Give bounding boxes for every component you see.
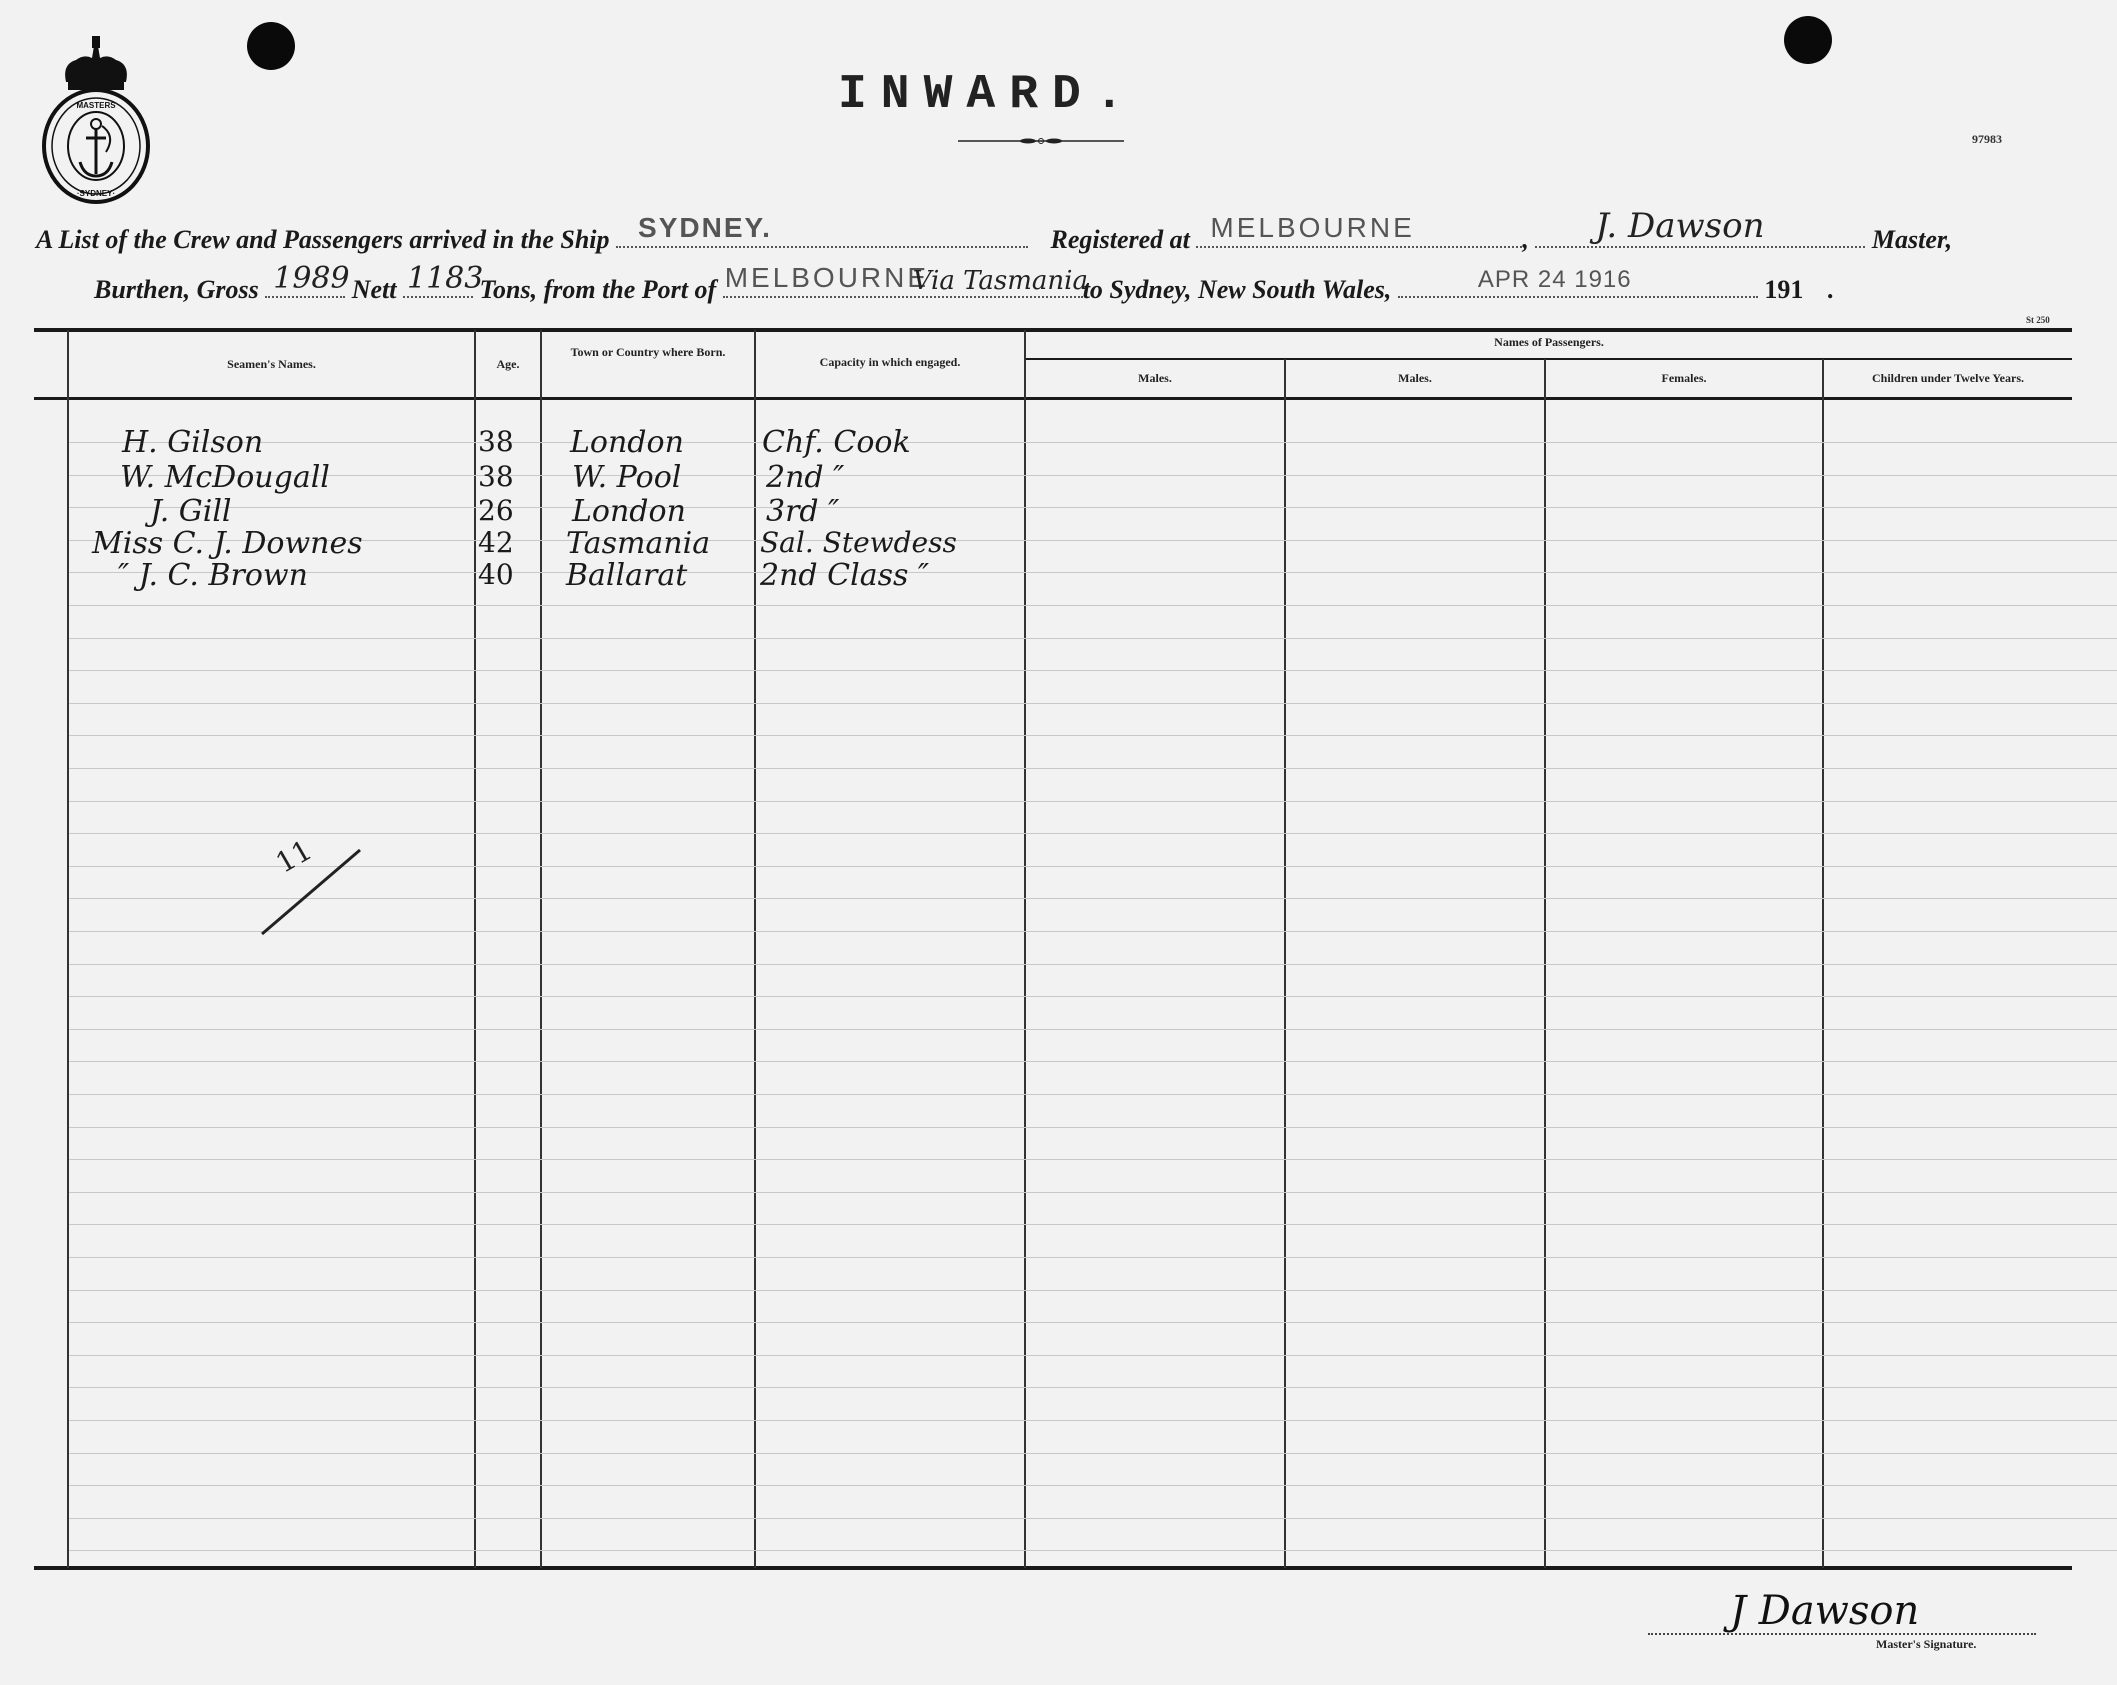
ruled-line (69, 1127, 2117, 1128)
ship-name-field: SYDNEY. (616, 222, 1028, 248)
seaman-name: H. Gilson (122, 425, 263, 460)
column-divider (474, 330, 476, 1568)
seaman-born: Ballarat (566, 558, 687, 593)
ship-name-value: SYDNEY. (638, 212, 772, 244)
ruled-line (69, 996, 2117, 997)
seaman-born: London (570, 425, 684, 460)
punch-hole-left (247, 22, 295, 70)
master-signature-label: Master's Signature. (1876, 1637, 1976, 1652)
from-port-field: MELBOURNE Via Tasmania (723, 272, 1083, 298)
date-field: APR 24 1916 (1398, 272, 1758, 298)
year-period: . (1828, 275, 1835, 304)
seaman-name: ″ J. C. Brown (118, 558, 308, 593)
margin-slash-mark (260, 846, 364, 938)
seaman-name: J. Gill (150, 494, 232, 529)
column-divider (540, 330, 542, 1568)
ruled-line (69, 833, 2117, 834)
header-line-1: A List of the Crew and Passengers arrive… (36, 222, 1952, 255)
header-seamens-names: Seamen's Names. (69, 357, 474, 372)
header-line-2: Burthen, Gross 1989 Nett 1183 Tons, from… (94, 272, 1834, 305)
ruled-line (69, 1029, 2117, 1030)
seaman-capacity: 3rd ″ (766, 494, 839, 529)
header-females: Females. (1546, 371, 1822, 386)
ruled-line (69, 1159, 2117, 1160)
table-top-border (34, 328, 2072, 332)
ruled-line (69, 898, 2117, 899)
seaman-born: London (572, 494, 686, 529)
column-divider (1024, 330, 1026, 1568)
seaman-capacity: Sal. Stewdess (760, 526, 957, 559)
passengers-subheader-line (1025, 358, 2072, 360)
ruled-line (69, 638, 2117, 639)
form-code: St 250 (2026, 315, 2050, 325)
list-prefix-label: A List of the Crew and Passengers arrive… (36, 225, 610, 254)
header-males-1: Males. (1026, 371, 1284, 386)
seaman-born: Tasmania (566, 526, 710, 561)
destination-label: to Sydney, New South Wales, (1083, 275, 1392, 304)
punch-hole-right (1784, 16, 1832, 64)
seaman-name: W. McDougall (120, 460, 330, 495)
nett-label: Nett (352, 275, 397, 304)
ruled-line (69, 605, 2117, 606)
column-divider (67, 330, 69, 1568)
seaman-name: Miss C. J. Downes (92, 526, 363, 561)
ruled-line (69, 670, 2117, 671)
registered-port-value: MELBOURNE (1210, 212, 1414, 244)
ruled-line (69, 964, 2117, 965)
ruled-line (69, 442, 2117, 443)
seaman-born: W. Pool (572, 460, 681, 495)
ruled-line (69, 1094, 2117, 1095)
master-signature: J Dawson (1730, 1588, 1919, 1634)
column-divider (754, 330, 756, 1568)
gross-tons-value: 1989 (273, 261, 349, 296)
ruled-line (69, 1453, 2117, 1454)
seaman-capacity: Chf. Cook (762, 425, 911, 460)
ruled-line (69, 1257, 2117, 1258)
seaman-age: 42 (478, 526, 514, 559)
ruled-line (69, 572, 2117, 573)
seaman-capacity: 2nd Class ″ (760, 558, 929, 593)
seaman-age: 40 (478, 558, 514, 591)
ruled-line (69, 866, 2117, 867)
seaman-capacity: 2nd ″ (766, 460, 844, 495)
ruled-line (69, 1224, 2117, 1225)
ruled-line (69, 1420, 2117, 1421)
registered-at-label: Registered at (1051, 225, 1190, 254)
ruled-line (69, 1290, 2117, 1291)
ruled-line (69, 1355, 2117, 1356)
burthen-gross-label: Burthen, Gross (94, 275, 259, 304)
title-flourish-divider (958, 138, 1124, 144)
tons-from-port-label: Tons, from the Port of (480, 275, 717, 304)
header-names-of-passengers: Names of Passengers. (1026, 335, 2072, 350)
master-name-value: J. Dawson (1595, 206, 1764, 246)
ruled-line (69, 1518, 2117, 1519)
via-value: Via Tasmania (913, 266, 1088, 296)
header-town-born: Town or Country where Born. (570, 345, 726, 360)
header-children: Children under Twelve Years. (1824, 371, 2072, 386)
table-bottom-border (34, 1566, 2072, 1570)
svg-text:·SYDNEY·: ·SYDNEY· (77, 189, 115, 198)
svg-text:MASTERS: MASTERS (76, 101, 116, 110)
master-name-field: J. Dawson (1535, 222, 1865, 248)
registered-port-field: MELBOURNE (1196, 222, 1522, 248)
seaman-age: 38 (478, 460, 514, 493)
ruled-line (69, 931, 2117, 932)
header-age: Age. (476, 357, 540, 372)
seaman-age: 26 (478, 494, 514, 527)
document-title: INWARD. (838, 68, 1138, 122)
shipping-masters-department-anchor-crest-icon: MASTERS ·SYDNEY· (36, 24, 156, 206)
from-port-value: MELBOURNE (725, 262, 929, 294)
ruled-line (69, 801, 2117, 802)
ruled-line (69, 1550, 2117, 1551)
table-header-bottom-border (34, 397, 2072, 400)
ruled-line (69, 1485, 2117, 1486)
ruled-line (69, 507, 2117, 508)
seaman-age: 38 (478, 425, 514, 458)
ruled-line (69, 475, 2117, 476)
header-capacity: Capacity in which engaged. (756, 355, 1024, 370)
nett-tons-field: 1183 (403, 272, 473, 298)
nett-tons-value: 1183 (407, 261, 483, 296)
header-males-2: Males. (1286, 371, 1544, 386)
date-stamp-value: APR 24 1916 (1478, 266, 1632, 294)
gross-tons-field: 1989 (265, 272, 345, 298)
year-prefix: 191 (1764, 275, 1803, 304)
ruled-line (69, 1061, 2117, 1062)
ruled-line (69, 1192, 2117, 1193)
ruled-line (69, 768, 2117, 769)
ruled-line (69, 1387, 2117, 1388)
ruled-line (69, 1322, 2117, 1323)
ruled-line (69, 703, 2117, 704)
ruled-line (69, 735, 2117, 736)
master-label: Master, (1872, 225, 1952, 254)
ruled-line (69, 540, 2117, 541)
serial-number: 97983 (1972, 132, 2002, 147)
